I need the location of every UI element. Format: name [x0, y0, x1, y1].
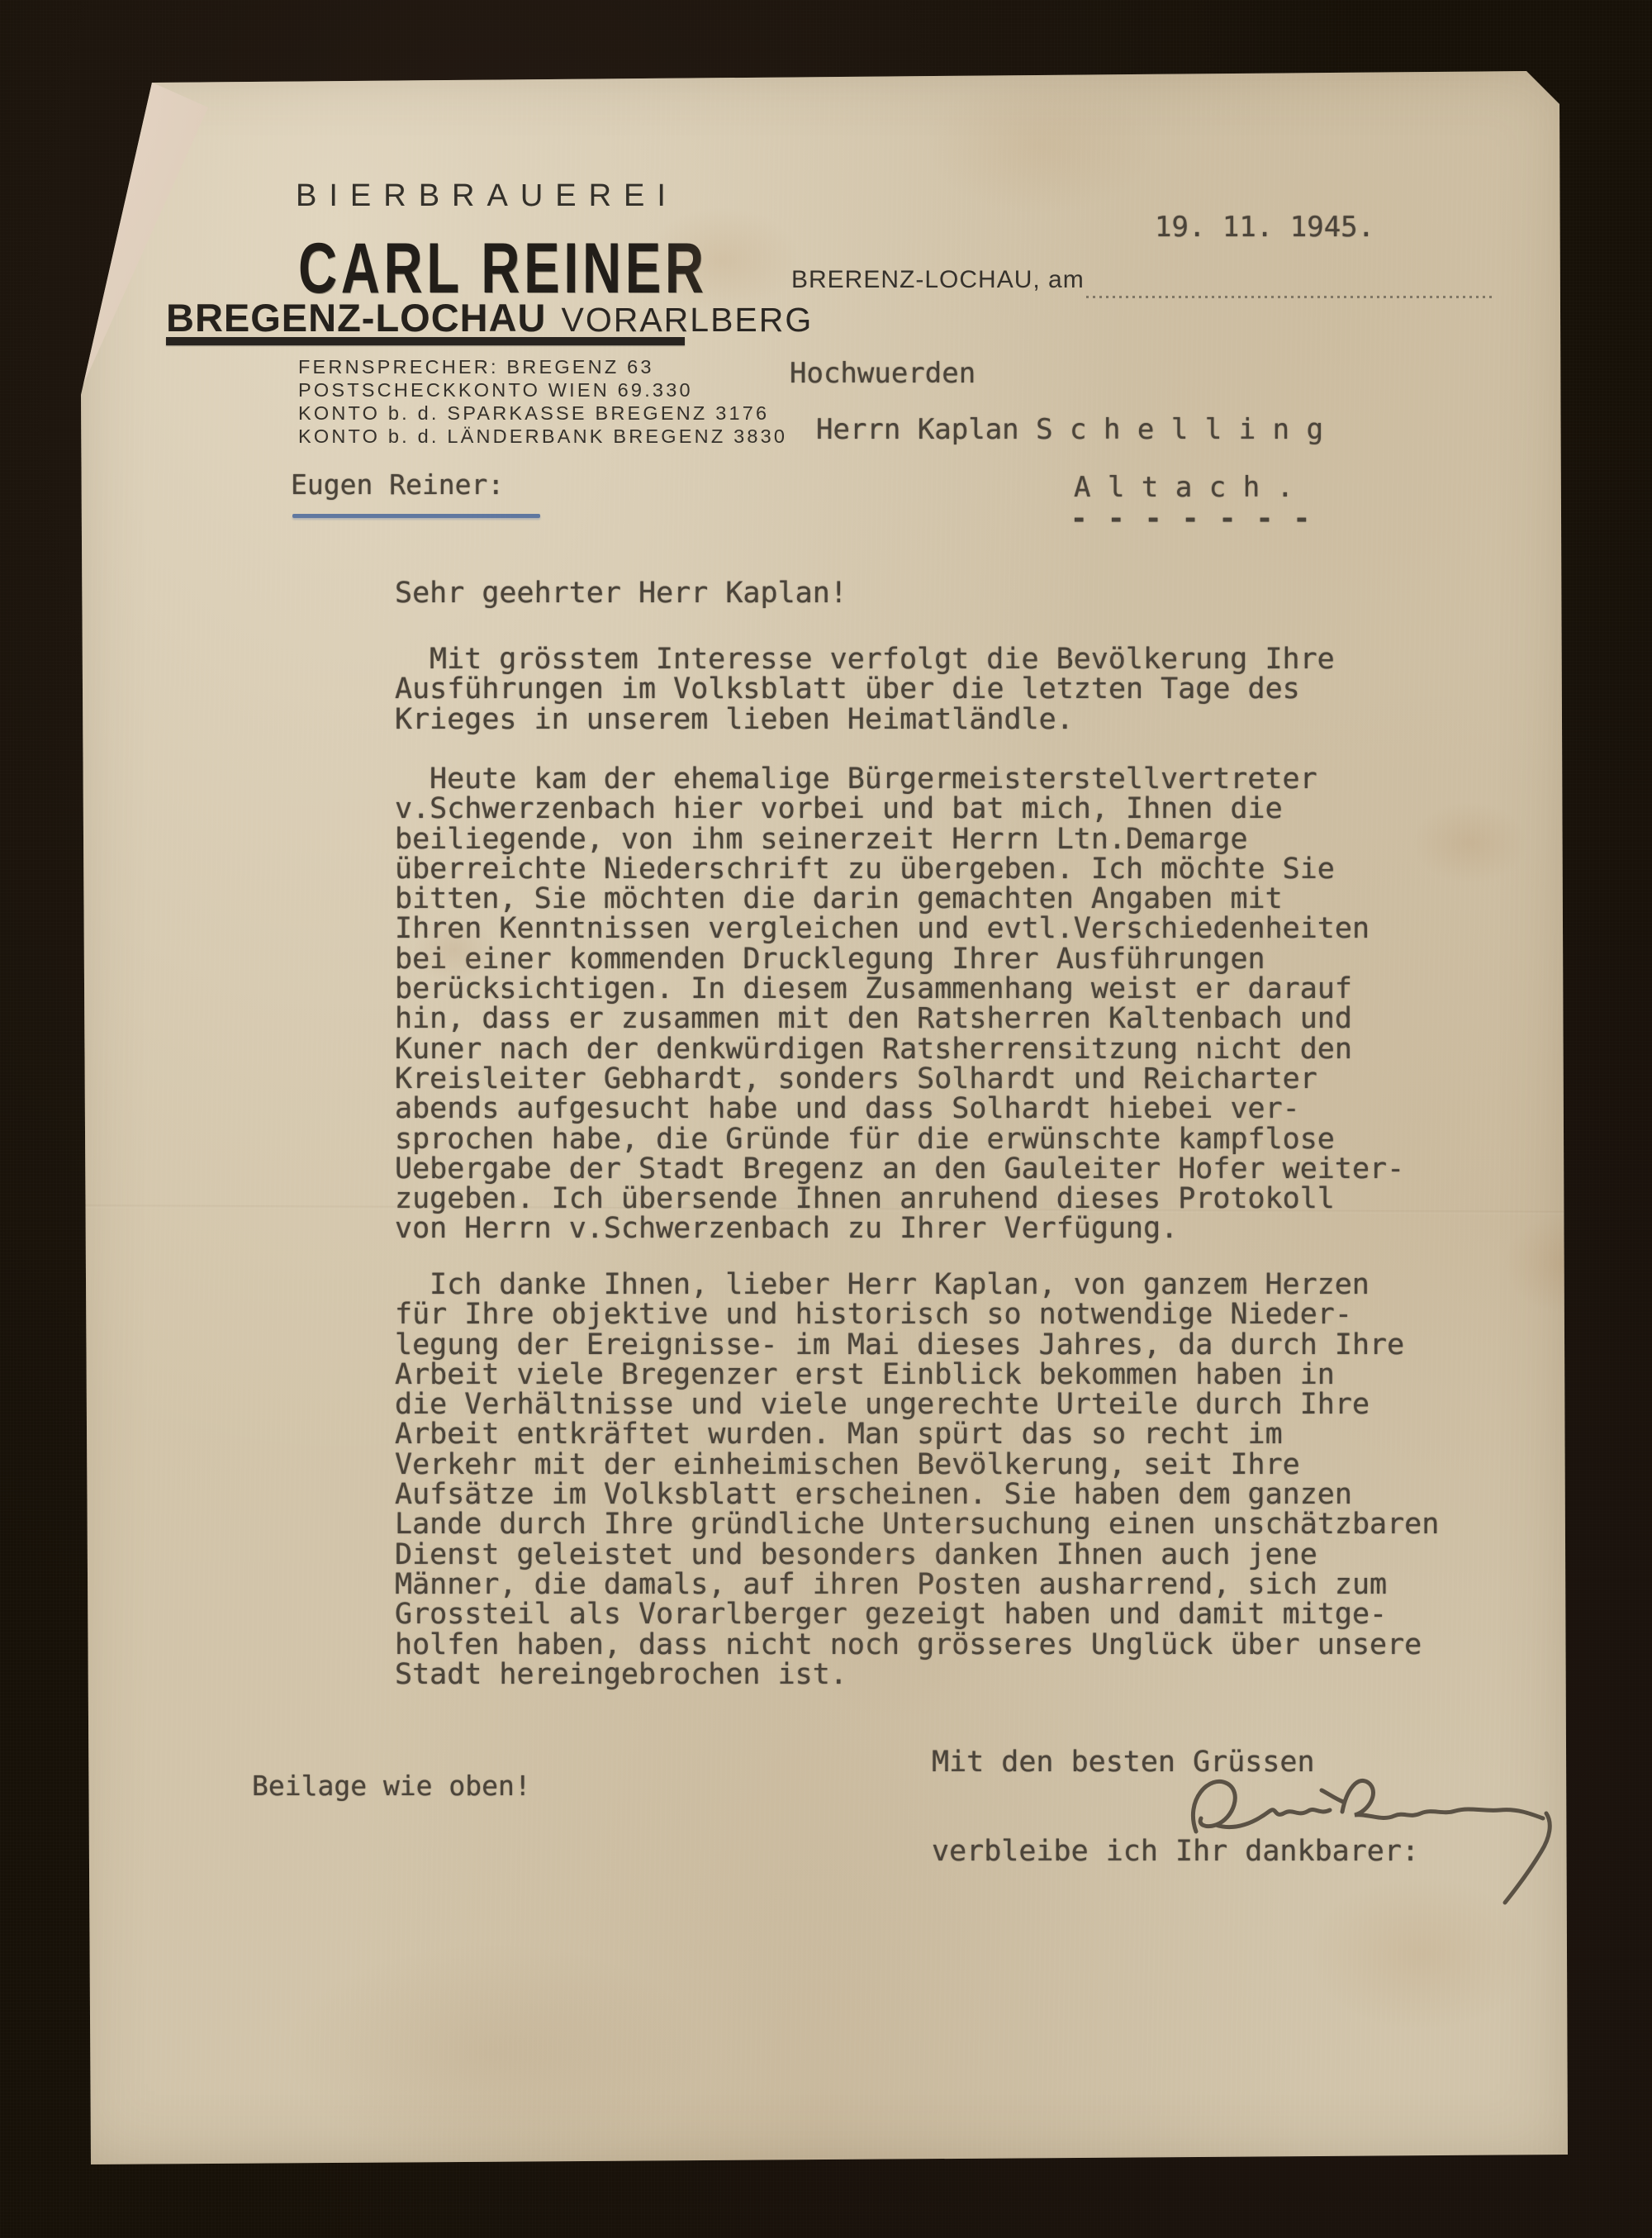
paragraph-3: Ich danke Ihnen, lieber Herr Kaplan, von… [395, 1270, 1439, 1689]
letterhead-contact-block: FERNSPRECHER: BREGENZ 63POSTSCHECKKONTO … [298, 355, 787, 448]
letterhead-divider-rule [166, 337, 685, 345]
recipient-underline-dashes: - - - - - - - [1070, 502, 1312, 535]
text-line: Lande durch Ihre gründliche Untersuchung… [395, 1509, 1439, 1539]
sender-underline-ink [292, 514, 540, 518]
recipient-honorific: Hochwuerden [790, 357, 976, 390]
text-line: holfen haben, dass nicht noch grösseres … [395, 1630, 1439, 1660]
paper-stain [281, 1941, 710, 2164]
text-line: Mit grösstem Interesse verfolgt die Bevö… [395, 644, 1335, 674]
photo-background: BIERBRAUEREI CARL REINER BREGENZ-LOCHAUV… [0, 0, 1652, 2238]
sender-name: Eugen Reiner: [291, 468, 504, 501]
text-line: legung der Ereignisse- im Mai dieses Jah… [395, 1330, 1439, 1360]
text-line: Ausführungen im Volksblatt über die letz… [395, 674, 1335, 704]
text-line: abends aufgesucht habe und dass Solhardt… [395, 1094, 1404, 1124]
greeting: Sehr geehrter Herr Kaplan! [395, 578, 847, 608]
recipient-name: Herrn Kaplan S c h e l l i n g [816, 413, 1323, 446]
text-line: Ich danke Ihnen, lieber Herr Kaplan, von… [395, 1270, 1439, 1300]
paragraph-2: Heute kam der ehemalige Bürgermeisterste… [395, 764, 1404, 1244]
text-line: hin, dass er zusammen mit den Ratsherren… [395, 1004, 1404, 1033]
text-line: KONTO b. d. LÄNDERBANK BREGENZ 3830 [298, 425, 787, 448]
text-line: FERNSPRECHER: BREGENZ 63 [298, 355, 787, 378]
dateline-dotted-rule [1086, 296, 1495, 298]
signature-ink-strokes [1173, 1739, 1561, 1913]
letterhead-industry: BIERBRAUEREI [296, 178, 678, 214]
recipient-city: A l t a c h . [1074, 471, 1294, 504]
text-line: sprochen habe, die Gründe für die erwüns… [395, 1124, 1404, 1154]
text-line: bei einer kommenden Drucklegung Ihrer Au… [395, 944, 1404, 974]
letterhead-region: VORARLBERG [561, 301, 813, 339]
text-line: Aufsätze im Volksblatt erscheinen. Sie h… [395, 1480, 1439, 1509]
text-line: von Herrn v.Schwerzenbach zu Ihrer Verfü… [395, 1214, 1404, 1243]
typed-date: 19. 11. 1945. [1155, 211, 1374, 244]
dateline-place-label: BRERENZ-LOCHAU, am [791, 266, 1085, 294]
text-line: Ihren Kenntnissen vergleichen und evtl.V… [395, 914, 1404, 943]
paper-stain [925, 74, 1156, 215]
text-line: Uebergabe der Stadt Bregenz an den Gaule… [395, 1154, 1404, 1184]
paper-stain [1503, 1214, 1627, 1314]
handwritten-signature [1173, 1739, 1561, 1913]
text-line: überreichte Niederschrift zu übergeben. … [395, 854, 1404, 884]
text-line: Dienst geleistet und besonders danken Ih… [395, 1540, 1439, 1570]
text-line: für Ihre objektive und historisch so not… [395, 1300, 1439, 1329]
text-line: Heute kam der ehemalige Bürgermeisterste… [395, 764, 1404, 794]
letterhead-city: BREGENZ-LOCHAU [166, 296, 546, 340]
text-line: Verkehr mit der einheimischen Bevölkerun… [395, 1450, 1439, 1480]
enclosure-note: Beilage wie oben! [252, 1770, 531, 1802]
letter-paper: BIERBRAUEREI CARL REINER BREGENZ-LOCHAUV… [66, 58, 1578, 2173]
letterhead-location: BREGENZ-LOCHAUVORARLBERG [166, 295, 813, 340]
text-line: Männer, die damals, auf ihren Posten aus… [395, 1570, 1439, 1599]
text-line: v.Schwerzenbach hier vorbei und bat mich… [395, 794, 1404, 824]
text-line: bitten, Sie möchten die darin gemachten … [395, 884, 1404, 914]
text-line: Kuner nach der denkwürdigen Ratsherrensi… [395, 1034, 1404, 1064]
text-line: Stadt hereingebrochen ist. [395, 1660, 1439, 1689]
paragraph-1: Mit grösstem Interesse verfolgt die Bevö… [395, 644, 1335, 734]
text-line: berücksichtigen. In diesem Zusammenhang … [395, 974, 1404, 1004]
text-line: KONTO b. d. SPARKASSE BREGENZ 3176 [298, 402, 787, 425]
text-line: Grossteil als Vorarlberger gezeigt haben… [395, 1599, 1439, 1629]
text-line: POSTSCHECKKONTO WIEN 69.330 [298, 378, 787, 402]
text-line: Kreisleiter Gebhardt, sonders Solhardt u… [395, 1064, 1404, 1094]
text-line: Krieges in unserem lieben Heimatländle. [395, 705, 1335, 734]
text-line: die Verhältnisse und viele ungerechte Ur… [395, 1390, 1439, 1419]
folded-corner [66, 58, 281, 421]
text-line: Arbeit viele Bregenzer erst Einblick bek… [395, 1360, 1439, 1390]
paper-stain [1412, 801, 1528, 884]
text-line: beiliegende, von ihm seinerzeit Herrn Lt… [395, 824, 1404, 854]
text-line: Arbeit entkräftet wurden. Man spürt das … [395, 1419, 1439, 1449]
